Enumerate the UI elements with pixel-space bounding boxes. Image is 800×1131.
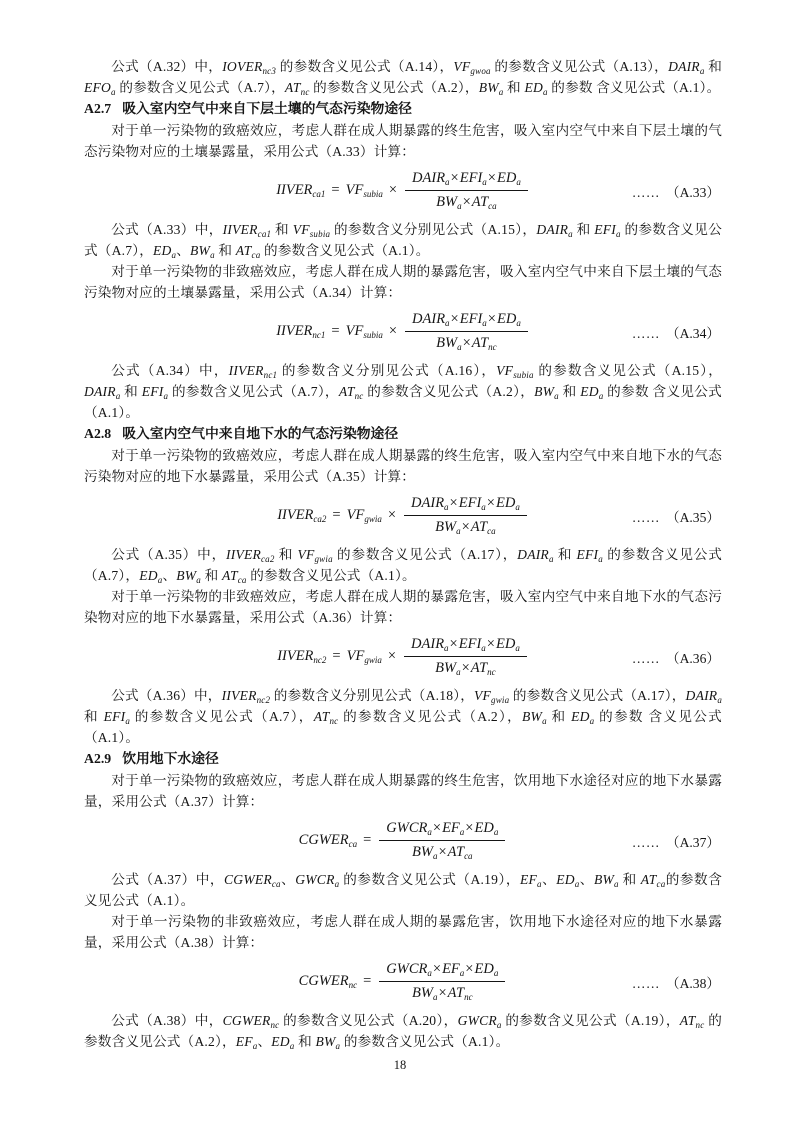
math-variable: EFIa — [594, 222, 620, 237]
fraction-denominator: BWa×ATnc — [379, 981, 505, 1003]
leader-dots: …… — [632, 651, 660, 666]
formula: CGWERnc=GWCRa×EFa×EDaBWa×ATnc……（A.38） — [84, 960, 722, 1004]
math-variable: ATca — [472, 194, 497, 210]
document-content: 公式（A.32）中，IOVERnc3 的参数含义见公式（A.14），VFgwoa… — [84, 56, 722, 1052]
math-variable: CGWERnc — [299, 973, 357, 990]
math-variable: CGWERca — [299, 832, 357, 849]
math-variable: EFa — [236, 1034, 258, 1049]
equals-sign: = — [330, 323, 340, 340]
paragraph: 公式（A.33）中，IIVERca1 和 VFsubia 的参数含义分别见公式（… — [84, 219, 722, 261]
fraction: DAIRa×EFIa×EDaBWa×ATca — [404, 494, 527, 537]
multiply-sign: × — [487, 311, 497, 327]
fraction-numerator: DAIRa×EFIa×EDa — [405, 310, 528, 331]
equation-body: CGWERnc=GWCRa×EFa×EDaBWa×ATnc — [299, 960, 508, 1003]
math-variable: DAIRa — [536, 222, 572, 237]
math-variable: IIVERca2 — [277, 507, 326, 524]
multiply-sign: × — [487, 170, 497, 186]
fraction-denominator: BWa×ATnc — [405, 331, 528, 353]
math-variable: VFgwoa — [453, 59, 490, 74]
multiply-sign: × — [437, 844, 447, 860]
math-variable: BWa — [412, 985, 437, 1001]
multiply-sign: × — [432, 820, 442, 836]
math-variable: ATnc — [472, 335, 497, 351]
paragraph: 对于单一污染物的致癌效应，考虑人群在成人期暴露的终生危害，吸入室内空气中来自下层… — [84, 120, 722, 162]
math-variable: EDa — [497, 311, 521, 327]
math-variable: EDa — [139, 568, 162, 583]
multiply-sign: × — [387, 507, 397, 524]
multiply-sign: × — [464, 820, 474, 836]
multiply-sign: × — [486, 636, 496, 652]
math-variable: BWa — [594, 872, 619, 887]
multiply-sign: × — [432, 961, 442, 977]
multiply-sign: × — [461, 660, 471, 676]
paragraph: 公式（A.35）中，IIVERca2 和 VFgwia 的参数含义见公式（A.1… — [84, 544, 722, 586]
math-variable: VFsubia — [293, 222, 331, 237]
math-variable: EDa — [153, 243, 176, 258]
fraction: GWCRa×EFa×EDaBWa×ATca — [379, 819, 505, 862]
section-heading: A2.7吸入室内空气中来自下层土壤的气态污染物途径 — [84, 98, 722, 120]
math-variable: IIVERnc1 — [276, 323, 325, 340]
math-variable: ATnc — [680, 1013, 705, 1028]
math-variable: DAIRa — [668, 59, 704, 74]
math-variable: EFa — [520, 872, 542, 887]
math-variable: IIVERca1 — [223, 222, 272, 237]
math-variable: ATca — [471, 519, 496, 535]
paragraph: 公式（A.34）中，IIVERnc1 的参数含义分别见公式（A.16），VFsu… — [84, 360, 722, 423]
page-number: 18 — [0, 1058, 800, 1073]
section-title: 吸入室内空气中来自地下水的气态污染物途径 — [122, 426, 398, 441]
math-variable: EDa — [474, 820, 498, 836]
math-variable: BWa — [534, 384, 559, 399]
math-variable: CGWERnc — [223, 1013, 280, 1028]
formula: IIVERca2=VFgwia×DAIRa×EFIa×EDaBWa×ATca……… — [84, 494, 722, 538]
equation-body: CGWERca=GWCRa×EFa×EDaBWa×ATca — [299, 819, 508, 862]
fraction-denominator: BWa×ATca — [379, 840, 505, 862]
fraction: DAIRa×EFIa×EDaBWa×ATnc — [404, 635, 527, 678]
math-variable: VFsubia — [346, 323, 383, 340]
math-variable: BWa — [435, 519, 460, 535]
math-variable: EDa — [474, 961, 498, 977]
equation-body: IIVERnc2=VFgwia×DAIRa×EFIa×EDaBWa×ATnc — [277, 635, 529, 678]
fraction-numerator: DAIRa×EFIa×EDa — [404, 494, 527, 515]
multiply-sign: × — [462, 335, 472, 351]
multiply-sign: × — [387, 648, 397, 665]
math-variable: IIVERca1 — [276, 182, 325, 199]
formula: IIVERca1=VFsubia×DAIRa×EFIa×EDaBWa×ATca…… — [84, 169, 722, 213]
document-page: 公式（A.32）中，IOVERnc3 的参数含义见公式（A.14），VFgwoa… — [0, 0, 800, 1131]
math-variable: BWa — [435, 660, 460, 676]
formula-number-text: （A.33） — [666, 185, 720, 200]
section-number: A2.9 — [84, 751, 111, 766]
fraction-numerator: GWCRa×EFa×EDa — [379, 960, 505, 981]
math-variable: EDa — [556, 872, 579, 887]
math-variable: VFgwia — [347, 507, 382, 524]
math-variable: BWa — [479, 80, 504, 95]
multiply-sign: × — [486, 495, 496, 511]
multiply-sign: × — [450, 170, 460, 186]
math-variable: ATnc — [471, 660, 496, 676]
math-variable: DAIRa — [411, 495, 449, 511]
leader-dots: …… — [632, 976, 660, 991]
math-variable: GWCRa — [386, 820, 432, 836]
math-variable: EDa — [524, 80, 547, 95]
math-variable: BWa — [316, 1034, 341, 1049]
math-variable: VFgwia — [347, 648, 382, 665]
equals-sign: = — [362, 973, 372, 990]
formula-number: ……（A.37） — [632, 831, 720, 851]
math-variable: EFIa — [459, 636, 486, 652]
fraction-numerator: GWCRa×EFa×EDa — [379, 819, 505, 840]
math-variable: EDa — [271, 1034, 294, 1049]
math-variable: EDa — [496, 636, 520, 652]
leader-dots: …… — [632, 510, 660, 525]
math-variable: VFsubia — [346, 182, 383, 199]
math-variable: IIVERnc2 — [222, 688, 271, 703]
section-title: 饮用地下水途径 — [122, 751, 219, 766]
math-variable: CGWERca — [224, 872, 281, 887]
math-variable: IIVERnc1 — [229, 363, 278, 378]
formula-number-text: （A.37） — [666, 835, 720, 850]
math-variable: DAIRa — [517, 547, 553, 562]
formula-number-text: （A.38） — [666, 976, 720, 991]
math-variable: EFIa — [142, 384, 168, 399]
fraction-denominator: BWa×ATca — [405, 190, 528, 212]
multiply-sign: × — [464, 961, 474, 977]
equals-sign: = — [330, 182, 340, 199]
math-variable: DAIRa — [84, 384, 120, 399]
math-variable: BWa — [436, 335, 461, 351]
multiply-sign: × — [449, 636, 459, 652]
math-variable: EFOa — [84, 80, 116, 95]
paragraph: 公式（A.38）中，CGWERnc 的参数含义见公式（A.20），GWCRa 的… — [84, 1010, 722, 1052]
math-variable: EFIa — [459, 495, 486, 511]
section-number: A2.8 — [84, 426, 111, 441]
math-variable: ATca — [236, 243, 261, 258]
math-variable: IIVERca2 — [226, 547, 275, 562]
equals-sign: = — [362, 832, 372, 849]
fraction-denominator: BWa×ATnc — [404, 656, 527, 678]
formula-number: ……（A.38） — [632, 972, 720, 992]
math-variable: EFa — [442, 961, 464, 977]
math-variable: BWa — [412, 844, 437, 860]
math-variable: EDa — [580, 384, 603, 399]
math-variable: EDa — [497, 170, 521, 186]
math-variable: ATnc — [339, 384, 364, 399]
leader-dots: …… — [632, 185, 660, 200]
fraction: GWCRa×EFa×EDaBWa×ATnc — [379, 960, 505, 1003]
formula-number-text: （A.36） — [666, 651, 720, 666]
multiply-sign: × — [450, 311, 460, 327]
math-variable: DAIRa — [411, 636, 449, 652]
formula: CGWERca=GWCRa×EFa×EDaBWa×ATca……（A.37） — [84, 819, 722, 863]
math-variable: GWCRa — [386, 961, 432, 977]
math-variable: ATca — [641, 872, 666, 887]
math-variable: BWa — [436, 194, 461, 210]
math-variable: GWCRa — [458, 1013, 502, 1028]
multiply-sign: × — [462, 194, 472, 210]
equation-body: IIVERca2=VFgwia×DAIRa×EFIa×EDaBWa×ATca — [277, 494, 529, 537]
fraction-numerator: DAIRa×EFIa×EDa — [405, 169, 528, 190]
math-variable: ATnc — [448, 985, 473, 1001]
paragraph: 对于单一污染物的非致癌效应，考虑人群在成人期的暴露危害，吸入室内空气中来自地下水… — [84, 586, 722, 628]
math-variable: BWa — [522, 709, 547, 724]
math-variable: DAIRa — [412, 170, 450, 186]
math-variable: DAIRa — [412, 311, 450, 327]
math-variable: DAIRa — [686, 688, 722, 703]
formula: IIVERnc2=VFgwia×DAIRa×EFIa×EDaBWa×ATnc……… — [84, 635, 722, 679]
math-variable: GWCRa — [295, 872, 339, 887]
math-variable: ATnc — [285, 80, 310, 95]
multiply-sign: × — [461, 519, 471, 535]
multiply-sign: × — [437, 985, 447, 1001]
math-variable: EFa — [442, 820, 464, 836]
fraction: DAIRa×EFIa×EDaBWa×ATca — [405, 169, 528, 212]
paragraph: 对于单一污染物的非致癌效应，考虑人群在成人期的暴露危害，吸入室内空气中来自下层土… — [84, 261, 722, 303]
equals-sign: = — [331, 648, 341, 665]
section-heading: A2.9饮用地下水途径 — [84, 748, 722, 770]
math-variable: IIVERnc2 — [277, 648, 326, 665]
equation-body: IIVERnc1=VFsubia×DAIRa×EFIa×EDaBWa×ATnc — [276, 310, 530, 353]
paragraph: 对于单一污染物的非致癌效应，考虑人群在成人期的暴露危害，饮用地下水途径对应的地下… — [84, 911, 722, 953]
math-variable: EDa — [571, 709, 594, 724]
paragraph: 公式（A.32）中，IOVERnc3 的参数含义见公式（A.14），VFgwoa… — [84, 56, 722, 98]
math-variable: BWa — [190, 243, 215, 258]
math-variable: BWa — [176, 568, 201, 583]
formula-number: ……（A.33） — [632, 181, 720, 201]
paragraph: 公式（A.36）中，IIVERnc2 的参数含义分别见公式（A.18），VFgw… — [84, 685, 722, 748]
equation-body: IIVERca1=VFsubia×DAIRa×EFIa×EDaBWa×ATca — [276, 169, 530, 212]
paragraph: 对于单一污染物的致癌效应，考虑人群在成人期暴露的终生危害，饮用地下水途径对应的地… — [84, 770, 722, 812]
multiply-sign: × — [388, 323, 398, 340]
fraction-numerator: DAIRa×EFIa×EDa — [404, 635, 527, 656]
paragraph: 对于单一污染物的致癌效应，考虑人群在成人期暴露的终生危害，吸入室内空气中来自地下… — [84, 445, 722, 487]
math-variable: VFsubia — [496, 363, 534, 378]
math-variable: EFIa — [460, 170, 487, 186]
math-variable: IOVERnc3 — [222, 59, 276, 74]
math-variable: VFgwia — [474, 688, 509, 703]
math-variable: ATnc — [314, 709, 339, 724]
math-variable: ATca — [448, 844, 473, 860]
multiply-sign: × — [388, 182, 398, 199]
formula-number-text: （A.34） — [666, 326, 720, 341]
formula: IIVERnc1=VFsubia×DAIRa×EFIa×EDaBWa×ATnc…… — [84, 310, 722, 354]
math-variable: ATca — [222, 568, 247, 583]
fraction-denominator: BWa×ATca — [404, 515, 527, 537]
math-variable: EFIa — [104, 709, 130, 724]
fraction: DAIRa×EFIa×EDaBWa×ATnc — [405, 310, 528, 353]
multiply-sign: × — [449, 495, 459, 511]
math-variable: EFIa — [577, 547, 603, 562]
paragraph: 公式（A.37）中，CGWERca、GWCRa 的参数含义见公式（A.19），E… — [84, 869, 722, 911]
formula-number-text: （A.35） — [666, 510, 720, 525]
section-title: 吸入室内空气中来自下层土壤的气态污染物途径 — [122, 101, 412, 116]
section-number: A2.7 — [84, 101, 111, 116]
formula-number: ……（A.36） — [632, 647, 720, 667]
equals-sign: = — [331, 507, 341, 524]
leader-dots: …… — [632, 835, 660, 850]
math-variable: EDa — [496, 495, 520, 511]
section-heading: A2.8吸入室内空气中来自地下水的气态污染物途径 — [84, 423, 722, 445]
formula-number: ……（A.35） — [632, 506, 720, 526]
math-variable: VFgwia — [297, 547, 332, 562]
leader-dots: …… — [632, 326, 660, 341]
formula-number: ……（A.34） — [632, 322, 720, 342]
math-variable: EFIa — [460, 311, 487, 327]
